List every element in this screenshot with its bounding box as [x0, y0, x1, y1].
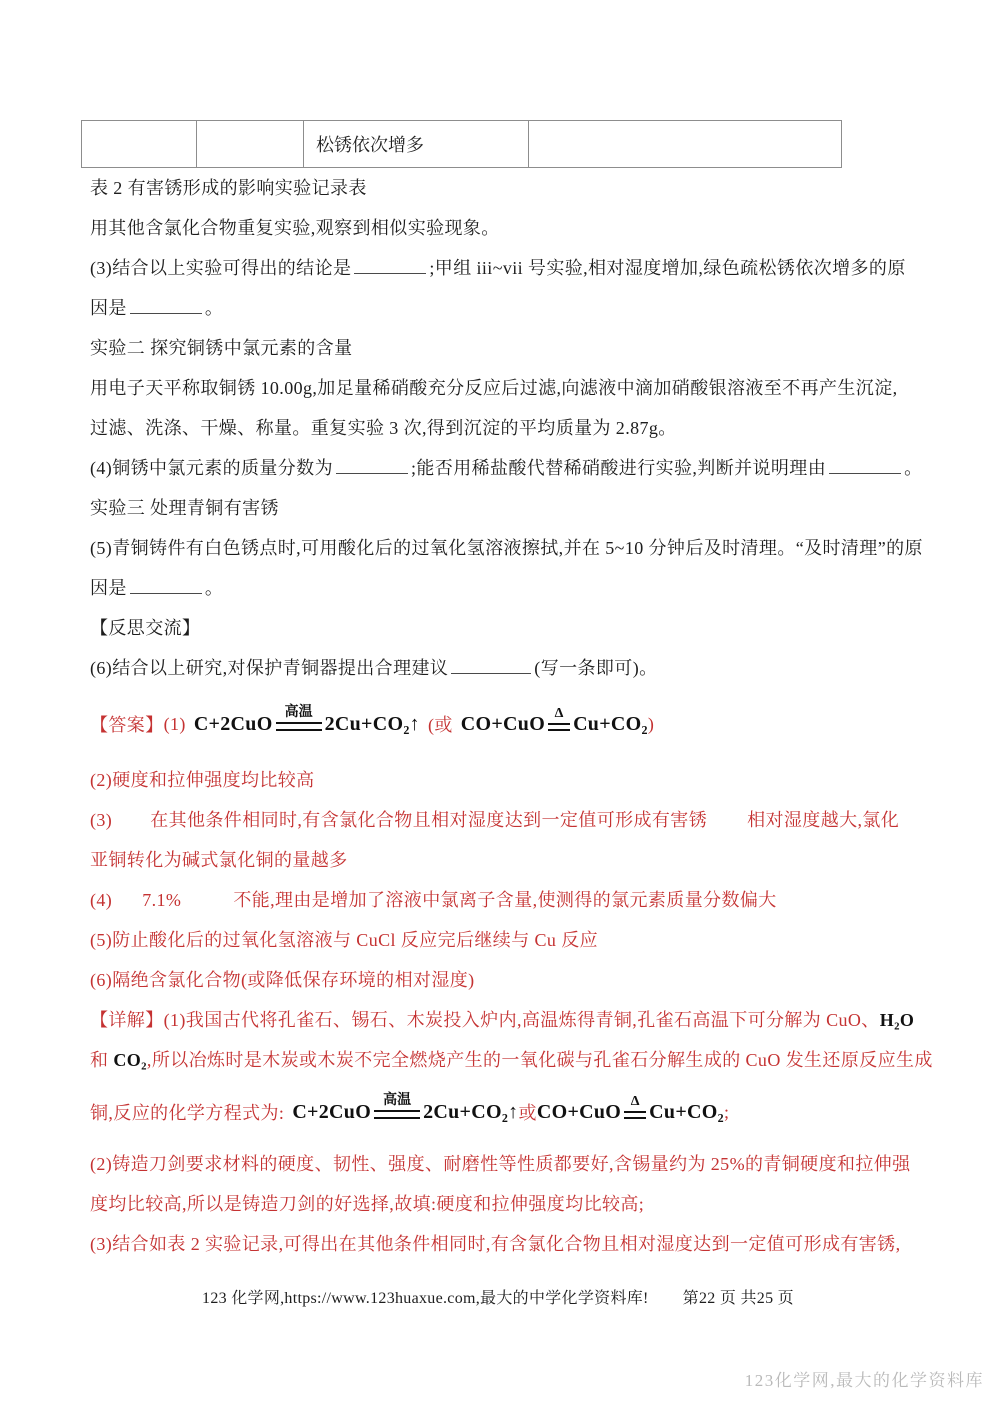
equals-line [624, 1111, 646, 1119]
reaction-condition: Δ [631, 1094, 640, 1109]
answer-blank [451, 660, 531, 674]
question-3-end: 。 [205, 298, 223, 318]
detail-paragraph-4-line1: (2)铸造刀剑要求材料的硬度、韧性、强度、耐磨性等性质都要好,含锡量约为 25%… [90, 1144, 906, 1184]
question-6: (6)结合以上研究,对保护青铜器提出合理建议(写一条即可)。 [90, 648, 906, 688]
detail-p1-text: (1)我国古代将孔雀石、锡石、木炭投入炉内,高温炼得青铜,孔雀石高温下可分解为 … [164, 1010, 880, 1030]
answer-label: 【答案】 [90, 711, 164, 737]
question-4-end: 。 [904, 458, 922, 478]
table-row: 松锈依次增多 [82, 121, 842, 168]
answer-blank [336, 460, 408, 474]
experiment-record-table: 松锈依次增多 [81, 120, 842, 168]
table-cell-3: 松锈依次增多 [304, 121, 529, 168]
detail-paragraph-2: 和 CO₂,所以冶炼时是木炭或木炭不完全燃烧产生的一氧化碳与孔雀石分解生成的 C… [90, 1040, 906, 1080]
answer-blank [829, 460, 901, 474]
question-3-mid: ;甲组 iii~vii 号实验,相对湿度增加,绿色疏松锈依次增多的原 [429, 258, 905, 278]
footer-site-info: 123 化学网,https://www.123huaxue.com,最大的中学化… [202, 1290, 649, 1307]
question-5-cont: 因是 [90, 578, 127, 598]
reaction-condition-stack: 高温 [374, 1093, 420, 1119]
equals-double-line [374, 1110, 420, 1119]
detail-p2-pre: 和 [90, 1050, 113, 1070]
answer-line-1: 【答案】 (1) C+2CuO 高温 2Cu+CO₂↑ (或 CO+CuO Δ … [90, 688, 906, 760]
answer-3-line1: (3)在其他条件相同时,有含氯化合物且相对湿度达到一定值可形成有害锈相对湿度越大… [90, 800, 906, 840]
watermark: 123化学网,最大的化学资料库 [745, 1366, 984, 1391]
question-3-cont: 因是 [90, 298, 127, 318]
answer-number-1: (1) [164, 714, 186, 735]
answer-or-open: (或 [428, 711, 453, 737]
question-6-end: (写一条即可)。 [534, 658, 657, 678]
chem-equation-1-rhs: 2Cu+CO₂↑ [423, 1101, 518, 1124]
table-cell-4 [529, 121, 842, 168]
question-5-end: 。 [205, 578, 223, 598]
reaction-condition-stack: 高温 [276, 705, 322, 731]
chem-equation-2-rhs: Cu+CO₂ [649, 1101, 724, 1124]
reaction-condition: 高温 [383, 1093, 411, 1108]
answer-4-text: 不能,理由是增加了溶液中氯离子含量,使测得的氯元素质量分数偏大 [233, 890, 776, 910]
answer-3-number: (3) [90, 810, 112, 830]
question-4-mid: ;能否用稀盐酸代替稀硝酸进行实验,判断并说明理由 [411, 458, 826, 478]
experiment-3-heading: 实验三 处理青铜有害锈 [90, 488, 906, 528]
answer-4-number: (4) [90, 890, 112, 910]
answer-6: (6)隔绝含氯化合物(或降低保存环境的相对湿度) [90, 960, 906, 1000]
chem-equation-2-lhs: CO+CuO [461, 713, 545, 736]
question-3-line2: 因是。 [90, 288, 906, 328]
page-footer: 123 化学网,https://www.123huaxue.com,最大的中学化… [90, 1288, 906, 1310]
equals-line [548, 723, 570, 731]
question-4-pre: (4)铜锈中氯元素的质量分数为 [90, 458, 333, 478]
answer-2: (2)硬度和拉伸强度均比较高 [90, 760, 906, 800]
answer-blank [130, 300, 202, 314]
chem-equation-1-lhs: C+2CuO [194, 713, 273, 736]
reaction-condition-stack: Δ [548, 706, 570, 731]
detail-p2-text: ,所以冶炼时是木炭或木炭不完全燃烧产生的一氧化碳与孔雀石分解生成的 CuO 发生… [147, 1050, 933, 1070]
chem-equation-2-lhs: CO+CuO [537, 1101, 621, 1124]
detail-paragraph-5-line1: (3)结合如表 2 实验记录,可得出在其他条件相同时,有含氯化合物且相对湿度达到… [90, 1224, 906, 1264]
answer-4-value: 7.1% [142, 890, 181, 910]
detail-label: 【详解】 [90, 1010, 164, 1030]
document-content: 松锈依次增多 表 2 有害锈形成的影响实验记录表 用其他含氯化合物重复实验,观察… [90, 120, 906, 1264]
chem-equation-1-rhs: 2Cu+CO₂↑ [325, 713, 420, 736]
equals-double-line [276, 722, 322, 731]
answer-3-line2: 亚铜转化为碱式氯化铜的量越多 [90, 840, 906, 880]
chem-equation-2-rhs: Cu+CO₂ [573, 713, 648, 736]
question-6-pre: (6)结合以上研究,对保护青铜器提出合理建议 [90, 658, 448, 678]
answer-or-close: ) [648, 714, 654, 735]
detail-p3-or: 或 [518, 1099, 536, 1125]
answer-4: (4)7.1%不能,理由是增加了溶液中氯离子含量,使测得的氯元素质量分数偏大 [90, 880, 906, 920]
answer-blank [130, 580, 202, 594]
detail-paragraph-3: 铜,反应的化学方程式为: C+2CuO 高温 2Cu+CO₂↑ 或 CO+CuO… [90, 1080, 906, 1144]
paragraph-repeat-experiment: 用其他含氯化合物重复实验,观察到相似实验现象。 [90, 208, 906, 248]
answer-5: (5)防止酸化后的过氧化氢溶液与 CuCl 反应完后继续与 Cu 反应 [90, 920, 906, 960]
detail-p3-end: ; [724, 1102, 729, 1123]
table-cell-1 [82, 121, 197, 168]
answer-blank [354, 260, 426, 274]
answer-3-part1: 在其他条件相同时,有含氯化合物且相对湿度达到一定值可形成有害锈 [150, 810, 707, 830]
experiment-2-procedure-line1: 用电子天平称取铜锈 10.00g,加足量稀硝酸充分反应后过滤,向滤液中滴加硝酸银… [90, 368, 906, 408]
detail-p3-pre: 铜,反应的化学方程式为: [90, 1099, 284, 1125]
question-5-line1: (5)青铜铸件有白色锈点时,可用酸化后的过氧化氢溶液擦拭,并在 5~10 分钟后… [90, 528, 906, 568]
question-4: (4)铜锈中氯元素的质量分数为;能否用稀盐酸代替稀硝酸进行实验,判断并说明理由。 [90, 448, 906, 488]
question-3-pre: (3)结合以上实验可得出的结论是 [90, 258, 351, 278]
reflection-heading: 【反思交流】 [90, 608, 906, 648]
formula-h2o: H₂O [880, 1010, 915, 1030]
question-3-line1: (3)结合以上实验可得出的结论是;甲组 iii~vii 号实验,相对湿度增加,绿… [90, 248, 906, 288]
answer-3-part2: 相对湿度越大,氯化 [747, 810, 899, 830]
detail-paragraph-1: 【详解】(1)我国古代将孔雀石、锡石、木炭投入炉内,高温炼得青铜,孔雀石高温下可… [90, 1000, 906, 1040]
detail-paragraph-4-line2: 度均比较高,所以是铸造刀剑的好选择,故填:硬度和拉伸强度均比较高; [90, 1184, 906, 1224]
reaction-condition: 高温 [285, 705, 313, 720]
formula-co2: CO₂ [113, 1050, 147, 1070]
chem-equation-1-lhs: C+2CuO [292, 1101, 371, 1124]
experiment-2-procedure-line2: 过滤、洗涤、干燥、称量。重复实验 3 次,得到沉淀的平均质量为 2.87g。 [90, 408, 906, 448]
question-5-line2: 因是。 [90, 568, 906, 608]
document-page: 松锈依次增多 表 2 有害锈形成的影响实验记录表 用其他含氯化合物重复实验,观察… [0, 0, 992, 1403]
table-cell-2 [197, 121, 304, 168]
reaction-condition: Δ [555, 706, 564, 721]
experiment-2-heading: 实验二 探究铜锈中氯元素的含量 [90, 328, 906, 368]
reaction-condition-stack: Δ [624, 1094, 646, 1119]
footer-page-number: 第22 页 共25 页 [683, 1290, 794, 1307]
table-caption: 表 2 有害锈形成的影响实验记录表 [90, 168, 906, 208]
